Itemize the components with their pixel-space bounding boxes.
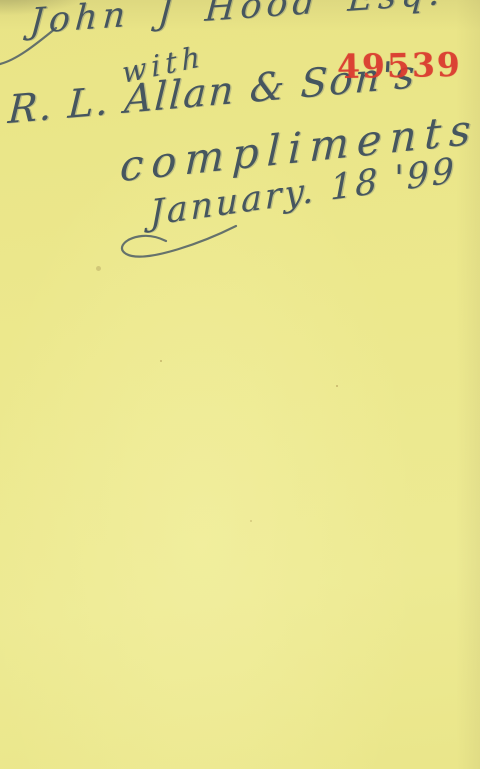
flyleaf-page: John J Hood Esq. with R. L. Allan & Son'… — [0, 0, 480, 769]
paper-speck — [96, 266, 101, 271]
january-loop-flourish — [122, 226, 236, 257]
accession-number-stamp: 49539 — [337, 45, 462, 86]
paper-speck — [160, 360, 162, 362]
paper-speck — [250, 520, 252, 522]
paper-speck — [336, 385, 338, 387]
inscription-recipient: John J Hood Esq. — [29, 0, 447, 42]
